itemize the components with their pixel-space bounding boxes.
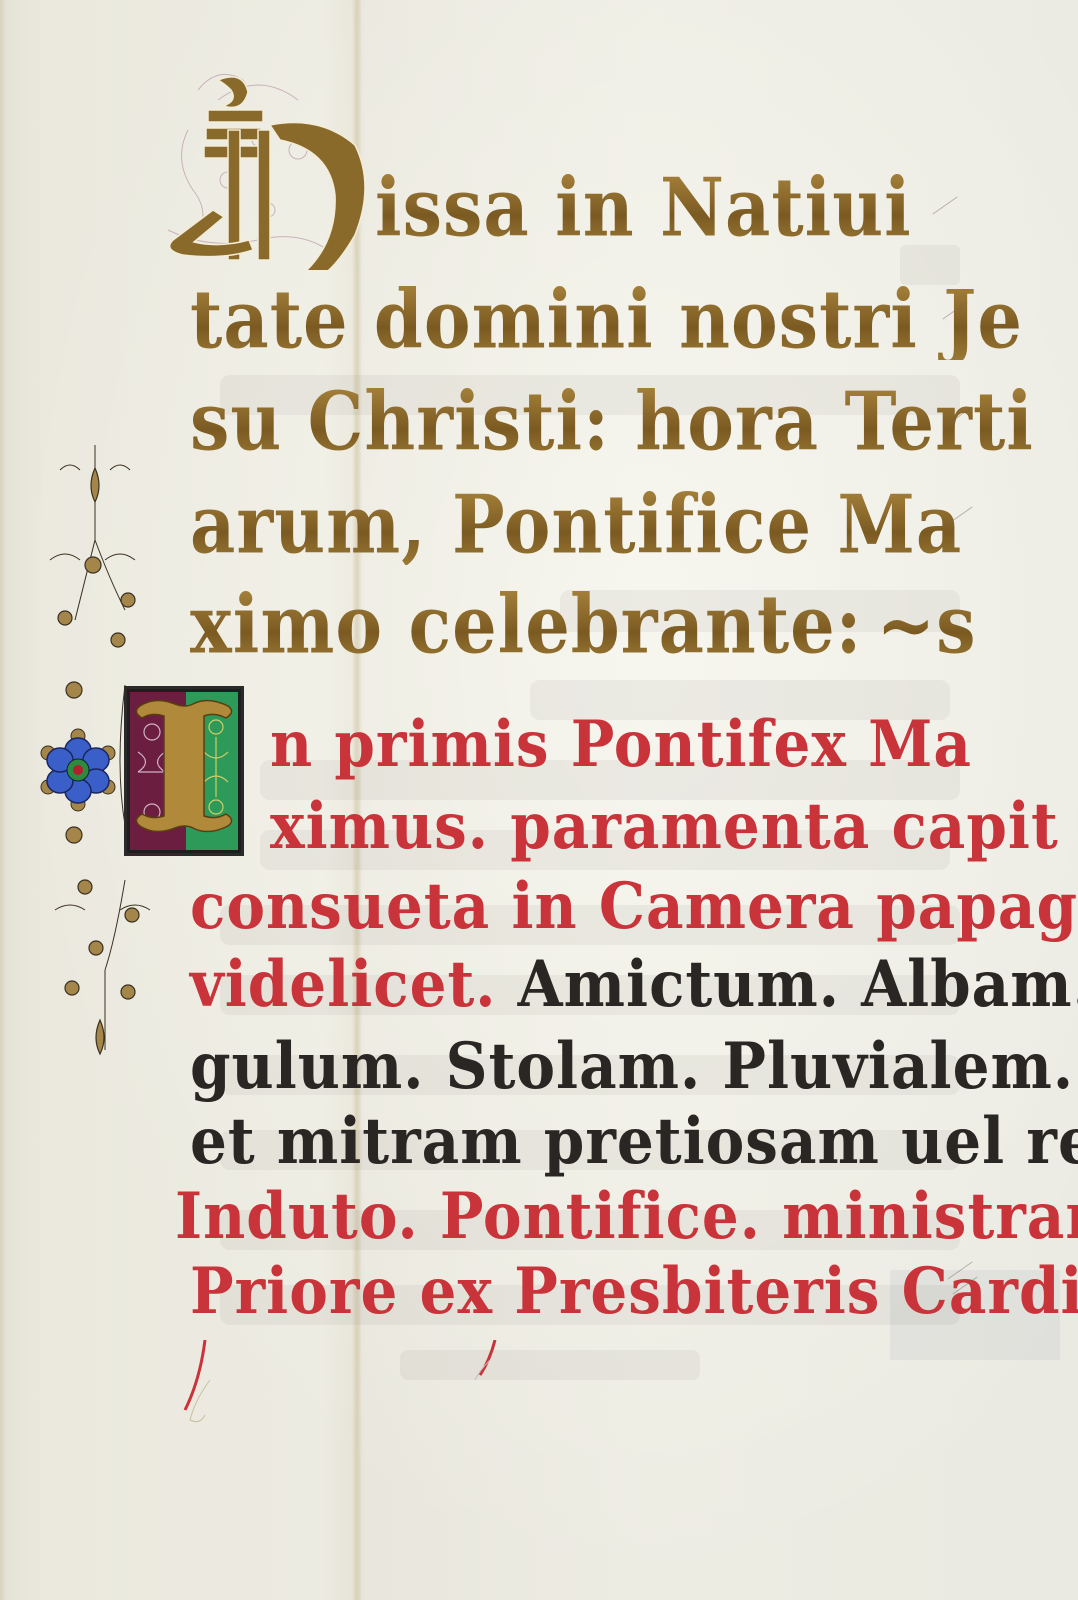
- heading-line-2: tate domini nostri Je: [190, 280, 1023, 361]
- rubric-line-7: Induto. Pontifice. ministrante: [175, 1184, 1078, 1248]
- descender-flourishes: [150, 1340, 550, 1430]
- rubric-line-5: gulum. Stolam. Pluvialem.: [190, 1034, 1074, 1098]
- rubric-line-1: n primis Pontifex Ma: [270, 712, 972, 776]
- heading-line-4: arum, Pontifice Ma: [190, 485, 962, 566]
- rubric-line-3: consueta in Camera papagalli.: [190, 874, 1078, 938]
- marginal-floral-decoration: [30, 440, 160, 1070]
- rubric-line-2: ximus. paramenta capit i: [270, 794, 1078, 858]
- rubric-line-8: Priore ex Presbiteris Cardi: [190, 1259, 1078, 1323]
- heading-line-5: ximo celebrante:~s: [190, 585, 977, 666]
- rubric-line-6: et mitram pretiosam uel regnu: [190, 1109, 1078, 1173]
- line-end-flourish: ~s: [877, 576, 977, 671]
- rubric-line-4: videlicet. Amictum. Albam. Ci: [190, 952, 1078, 1016]
- heading-line-5-text: ximo celebrante:: [190, 576, 863, 671]
- decorated-initial-m: [158, 70, 398, 270]
- heading-line-1: issa in Natiui: [375, 168, 912, 249]
- blue-rosette-flower: [41, 729, 115, 811]
- rubric-line-4-red: videlicet.: [190, 947, 496, 1022]
- heading-line-3: su Christi: hora Terti: [190, 382, 1034, 463]
- parchment-page: ​: [0, 0, 1078, 1600]
- rubric-line-4-black: Amictum. Albam. Ci: [496, 947, 1078, 1022]
